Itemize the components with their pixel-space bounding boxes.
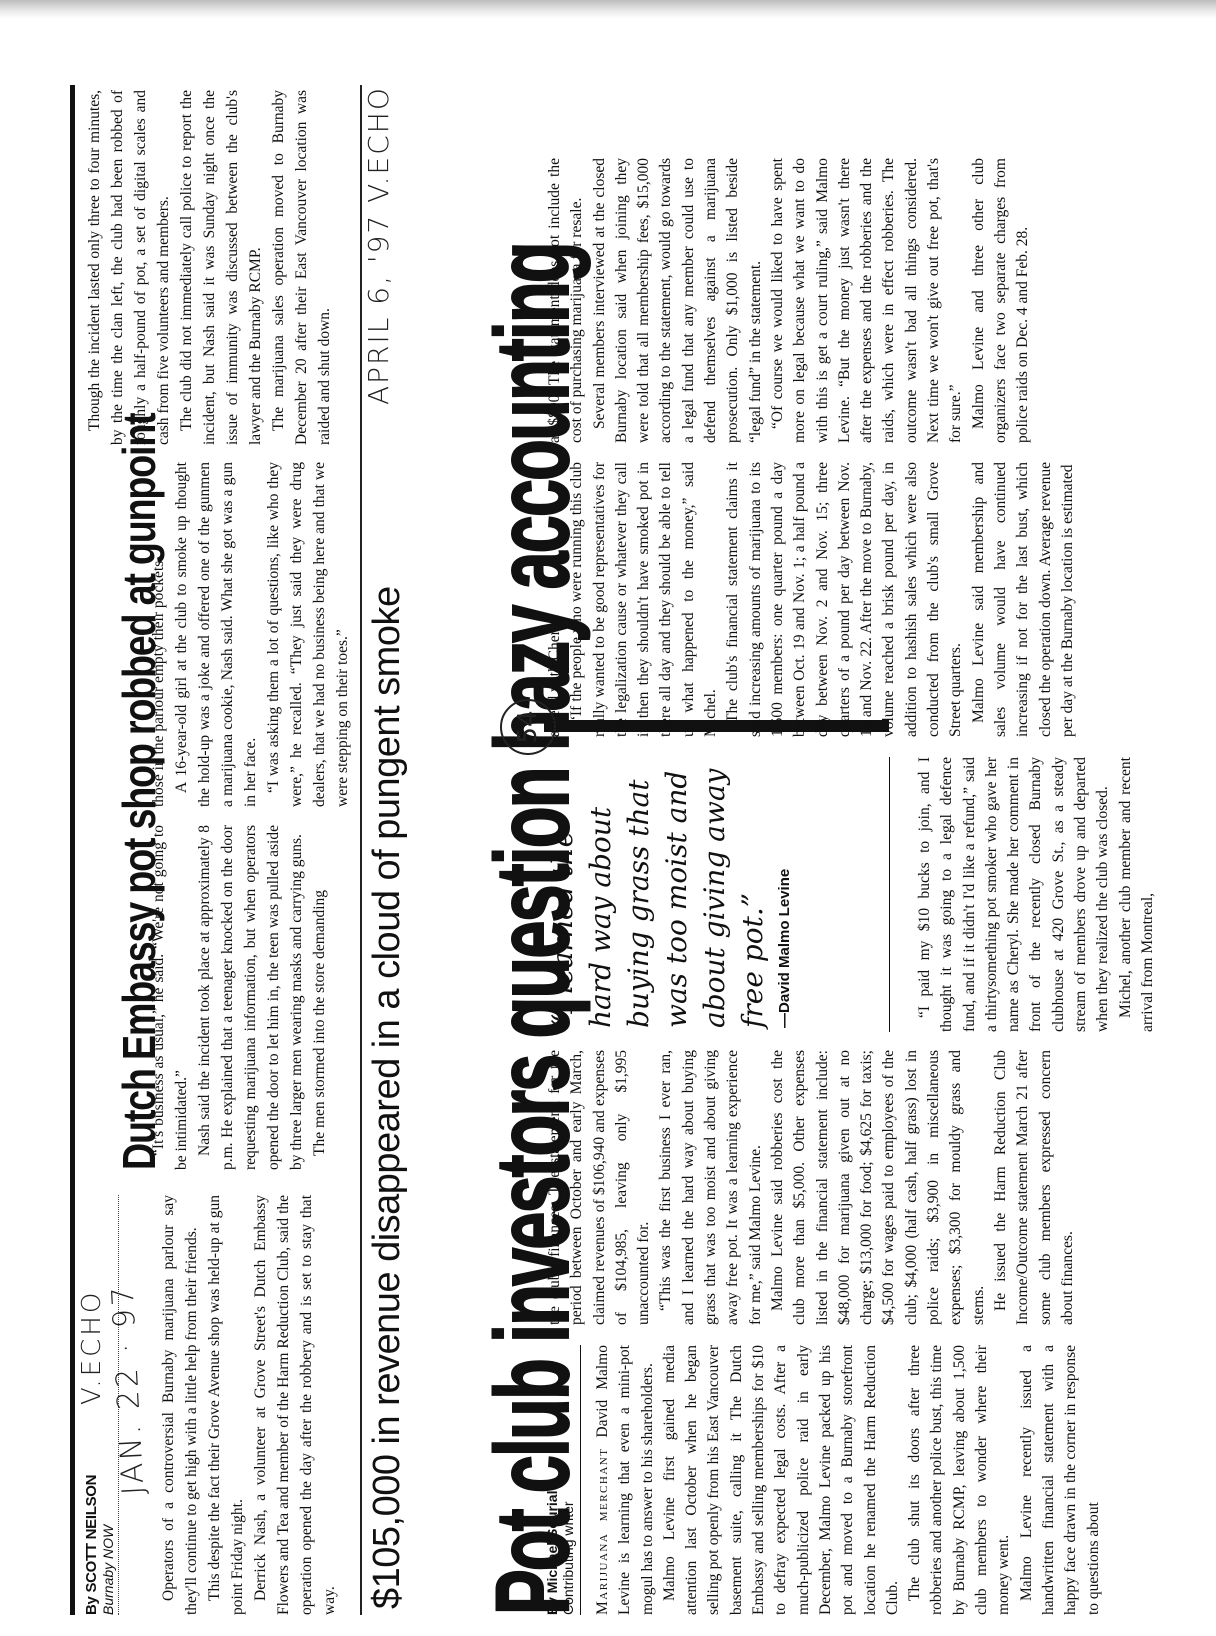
paragraph: Malmo Levine said membership and sales v… bbox=[968, 462, 1079, 737]
paragraph: The club shut its doors after three robb… bbox=[904, 1345, 1015, 1615]
paragraph: “It's business as usual,” he said. “We'r… bbox=[147, 825, 193, 1170]
paragraph: Malmo Levine recently issued a handwritt… bbox=[1016, 1345, 1105, 1615]
article1-column-3: those in the parlour empty their pockets… bbox=[147, 462, 354, 807]
article1-column-1: Operators of a controversial Burnaby mar… bbox=[157, 1195, 341, 1615]
paragraph: Several members interviewed at the close… bbox=[589, 158, 767, 443]
article-dutch-embassy-robbery: By SCOTT NEILSON Burnaby NOW V.ECHO JAN.… bbox=[70, 85, 360, 1615]
pull-quote: “I learned the hard way about buying gra… bbox=[544, 757, 890, 1032]
paragraph: Malmo Levine first gained media attentio… bbox=[659, 1345, 904, 1615]
paragraph: at $800. The statement does not include … bbox=[544, 158, 589, 443]
paragraph: Malmo Levine and three other club organi… bbox=[968, 158, 1035, 443]
article-pot-club-accounting: $105,000 in revenue disappeared in a clo… bbox=[360, 85, 1212, 1615]
paragraph: The men stormed into the store demanding bbox=[308, 825, 331, 1170]
article2-column-2: the club's finances. The statement, for … bbox=[544, 1050, 1079, 1325]
handwritten-date-note: APRIL 6, '97 V.ECHO bbox=[362, 86, 395, 405]
paragraph: Nash said the incident took place at app… bbox=[193, 825, 308, 1170]
paragraph: This despite the fact their Grove Avenue… bbox=[203, 1195, 249, 1615]
article1-column-2: “It's business as usual,” he said. “We'r… bbox=[147, 825, 331, 1170]
pull-quote-attribution: —David Malmo Levine bbox=[776, 757, 793, 1032]
article2-column-4: agreed with Cheryl. “If the people who w… bbox=[544, 462, 1079, 737]
byline-role: Contributing writer bbox=[560, 1345, 576, 1615]
paragraph: those in the parlour empty their pockets… bbox=[147, 462, 170, 807]
paragraph: “This was the first business I ever ran,… bbox=[655, 1050, 766, 1325]
newspaper-clipping: By SCOTT NEILSON Burnaby NOW V.ECHO JAN.… bbox=[70, 85, 1210, 1615]
lead-paragraph: Marijuana merchant David Malmo Levine is… bbox=[592, 1345, 659, 1615]
paragraph: Derrick Nash, a volunteer at Grove Stree… bbox=[249, 1195, 341, 1615]
paragraph: “Of course we would liked to have spent … bbox=[767, 158, 968, 443]
byline: By SCOTT NEILSON bbox=[83, 1195, 100, 1615]
paragraph: the club's finances. The statement, for … bbox=[544, 1050, 655, 1325]
paragraph: A 16-year-old girl at the club to smoke … bbox=[170, 462, 262, 807]
handwritten-source-note: V.ECHO bbox=[77, 1290, 107, 1405]
paragraph: Operators of a controversial Burnaby mar… bbox=[157, 1195, 203, 1615]
paragraph: “If the people who were running this clu… bbox=[566, 462, 722, 737]
pull-quote-text: “I learned the hard way about buying gra… bbox=[544, 757, 772, 1032]
article2-column-5: at $800. The statement does not include … bbox=[544, 158, 1035, 443]
paragraph: agreed with Cheryl. bbox=[544, 462, 566, 737]
paragraph: “I was asking them a lot of questions, l… bbox=[262, 462, 354, 807]
article1-column-4: Though the incident lasted only three to… bbox=[83, 90, 336, 445]
lead-smallcaps: Marijuana merchant bbox=[594, 1448, 611, 1615]
paragraph: Malmo Levine said robberies cost the clu… bbox=[767, 1050, 990, 1325]
paragraph: Michel, another club member and recent a… bbox=[1115, 757, 1160, 1032]
paragraph: The club did not immediately call police… bbox=[175, 90, 267, 445]
byline-block: By Michael Sourial Contributing writer bbox=[544, 1345, 581, 1615]
byline: By Michael Sourial bbox=[544, 1345, 560, 1615]
paragraph: Though the incident lasted only three to… bbox=[83, 90, 175, 445]
article2-kicker: $105,000 in revenue disappeared in a clo… bbox=[366, 586, 409, 1609]
paragraph: “I paid my $10 bucks to join, and I thou… bbox=[914, 757, 1115, 1032]
paragraph: The marijuana sales operation moved to B… bbox=[267, 90, 336, 445]
article2-column-1: Marijuana merchant David Malmo Levine is… bbox=[592, 1345, 1105, 1615]
paragraph: He issued the Harm Reduction Club Income… bbox=[990, 1050, 1079, 1325]
scanner-edge-shadow bbox=[0, 0, 1216, 18]
article2-column-3: “I paid my $10 bucks to join, and I thou… bbox=[914, 757, 1159, 1032]
paragraph: The club's financial statement claims it… bbox=[722, 462, 967, 737]
